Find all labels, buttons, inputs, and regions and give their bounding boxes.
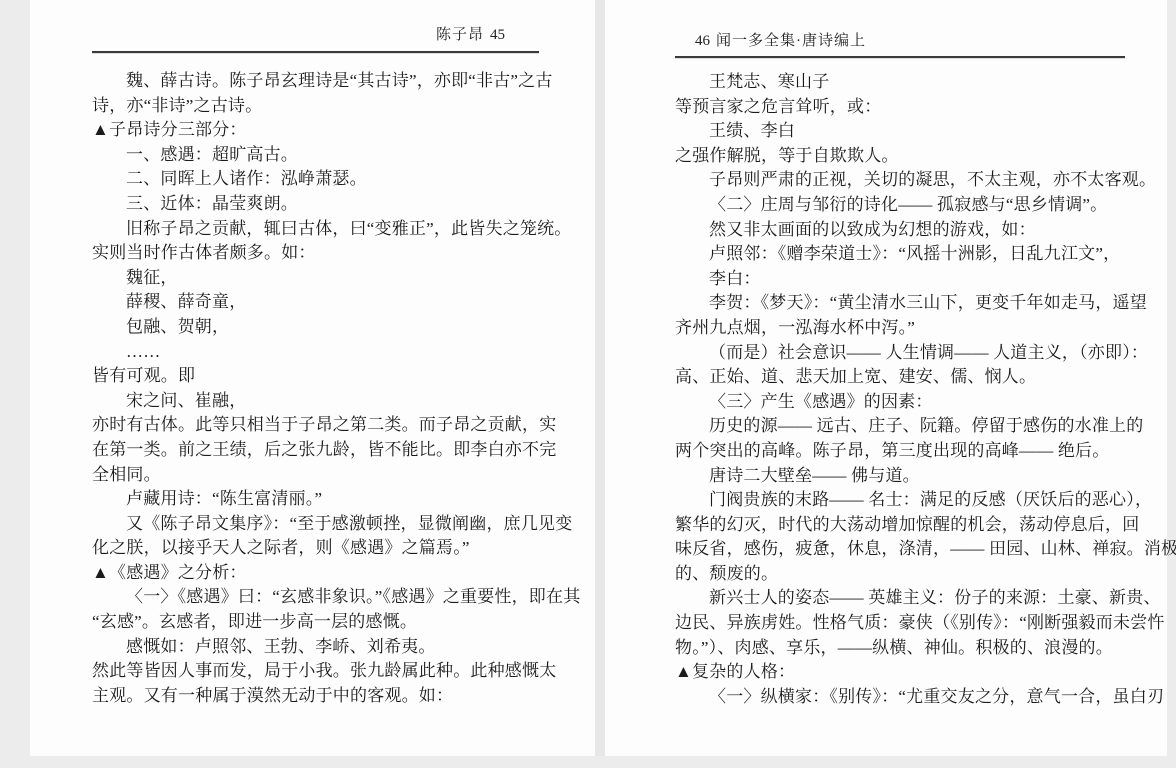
text-line: 然此等皆因人事而发，局于小我。张九龄属此种。此种感慨太 (92, 659, 539, 684)
left-page-body: 魏、薛古诗。陈子昂玄理诗是“其古诗”，亦即“非古”之古诗，亦“非诗”之古诗。▲子… (92, 69, 539, 708)
book-spread: 陈子昂45 魏、薛古诗。陈子昂玄理诗是“其古诗”，亦即“非古”之古诗，亦“非诗”… (0, 0, 1176, 768)
text-line: ▲复杂的人格： (675, 660, 1125, 685)
text-line: ▲《感遇》之分析： (92, 561, 539, 586)
left-page-header: 陈子昂45 (92, 26, 539, 44)
text-line: 高、正始、道、悲天加上宽、建安、儒、悯人。 (675, 365, 1125, 390)
text-line: 薛稷、薛奇童， (92, 290, 539, 315)
text-line: 魏、薛古诗。陈子昂玄理诗是“其古诗”，亦即“非古”之古 (92, 69, 539, 94)
text-line: 历史的源—— 远古、庄子、阮籍。停留于感伤的水准上的 (675, 414, 1125, 439)
text-line: 包融、贺朝， (92, 315, 539, 340)
text-line: 王梵志、寒山子 (675, 70, 1125, 95)
text-line: 物。”）、肉感、享乐，——纵横、神仙。积极的、浪漫的。 (675, 636, 1125, 661)
text-line: 〈一〉《感遇》曰：“玄感非象识。”《感遇》之重要性，即在其 (92, 585, 539, 610)
text-line: 二、同晖上人诸作：泓峥萧瑟。 (92, 167, 539, 192)
text-line: 实则当时作古体者颇多。如： (92, 241, 539, 266)
text-line: 卢藏用诗：“陈生富清丽。” (92, 487, 539, 512)
left-running-title: 陈子昂 (436, 27, 484, 43)
text-line: （而是）社会意识—— 人生情调—— 人道主义，（亦即）： (675, 341, 1125, 366)
text-line: 之强作解脱，等于自欺欺人。 (675, 144, 1125, 169)
text-line: 在第一类。前之王绩，后之张九龄，皆不能比。即李白亦不完 (92, 438, 539, 463)
page-gutter (595, 0, 605, 756)
text-line: ▲子昂诗分三部分： (92, 118, 539, 143)
left-page-content: 陈子昂45 魏、薛古诗。陈子昂玄理诗是“其古诗”，亦即“非古”之古诗，亦“非诗”… (92, 26, 539, 708)
text-line: 边民、异族虏姓。性格气质：豪侠（《别传》：“刚断强毅而未尝忤 (675, 611, 1125, 636)
text-line: 旧称子昂之贡献，辄曰古体，曰“变雅正”，此皆失之笼统。 (92, 217, 539, 242)
text-line: 〈三〉产生《感遇》的因素： (675, 390, 1125, 415)
text-line: 新兴士人的姿态—— 英雄主义：份子的来源：土豪、新贵、 (675, 586, 1125, 611)
text-line: 的、颓废的。 (675, 562, 1125, 587)
page-left: 陈子昂45 魏、薛古诗。陈子昂玄理诗是“其古诗”，亦即“非古”之古诗，亦“非诗”… (30, 0, 595, 756)
text-line: 门阀贵族的末路—— 名士：满足的反感（厌饫后的恶心）， (675, 488, 1125, 513)
left-header-rule (92, 51, 539, 53)
text-line: 然又非太画面的以致成为幻想的游戏，如： (675, 218, 1125, 243)
right-page-content: 46闻一多全集·唐诗编上 王梵志、寒山子等预言家之危言耸听，或：王绩、李白之强作… (675, 32, 1125, 709)
text-line: 李白： (675, 267, 1125, 292)
right-header-rule (675, 56, 1125, 58)
text-line: 三、近体：晶莹爽朗。 (92, 192, 539, 217)
text-line: 又《陈子昂文集序》：“至于感激顿挫，显微阐幽，庶几见变 (92, 512, 539, 537)
text-line: …… (92, 340, 539, 365)
page-right: 46闻一多全集·唐诗编上 王梵志、寒山子等预言家之危言耸听，或：王绩、李白之强作… (605, 0, 1167, 756)
text-line: 王绩、李白 (675, 119, 1125, 144)
text-line: 化之朕，以接乎天人之际者，则《感遇》之篇焉。” (92, 536, 539, 561)
text-line: 主观。又有一种属于漠然无动于中的客观。如： (92, 684, 539, 709)
text-line: 齐州九点烟，一泓海水杯中泻。” (675, 316, 1125, 341)
right-page-number: 46 (695, 33, 710, 49)
text-line: 皆有可观。即 (92, 364, 539, 389)
text-line: 卢照邻：《赠李荣道士》：“风摇十洲影，日乱九江文”， (675, 242, 1125, 267)
text-line: 繁华的幻灭，时代的大荡动增加惊醒的机会，荡动停息后，回 (675, 513, 1125, 538)
text-line: 全相同。 (92, 463, 539, 488)
text-line: 魏征， (92, 266, 539, 291)
text-line: 感慨如：卢照邻、王勃、李峤、刘希夷。 (92, 635, 539, 660)
text-line: 子昂则严肃的正视，关切的凝思，不太主观，亦不太客观。 (675, 168, 1125, 193)
right-page-header: 46闻一多全集·唐诗编上 (675, 32, 1125, 50)
text-line: 一、感遇：超旷高古。 (92, 143, 539, 168)
text-line: 诗，亦“非诗”之古诗。 (92, 94, 539, 119)
text-line: 〈二〉庄周与邹衍的诗化—— 孤寂感与“思乡情调”。 (675, 193, 1125, 218)
text-line: 李贺：《梦天》：“黄尘清水三山下，更变千年如走马，遥望 (675, 291, 1125, 316)
text-line: 等预言家之危言耸听，或： (675, 95, 1125, 120)
text-line: 两个突出的高峰。陈子昂，第三度出现的高峰—— 绝后。 (675, 439, 1125, 464)
text-line: 味反省，感伤，疲惫，休息，涤清，—— 田园、山林、禅寂。消极 (675, 537, 1125, 562)
right-running-title: 闻一多全集·唐诗编上 (716, 33, 866, 49)
text-line: 亦时有古体。此等只相当于子昂之第二类。而子昂之贡献，实 (92, 413, 539, 438)
text-line: “玄感”。玄感者，即进一步高一层的感慨。 (92, 610, 539, 635)
text-line: 〈一〉纵横家：《别传》：“尤重交友之分，意气一合，虽白刃 (675, 685, 1125, 710)
text-line: 唐诗二大壁垒—— 佛与道。 (675, 464, 1125, 489)
left-page-number: 45 (490, 27, 505, 43)
text-line: 宋之问、崔融， (92, 389, 539, 414)
right-page-body: 王梵志、寒山子等预言家之危言耸听，或：王绩、李白之强作解脱，等于自欺欺人。子昂则… (675, 70, 1125, 709)
